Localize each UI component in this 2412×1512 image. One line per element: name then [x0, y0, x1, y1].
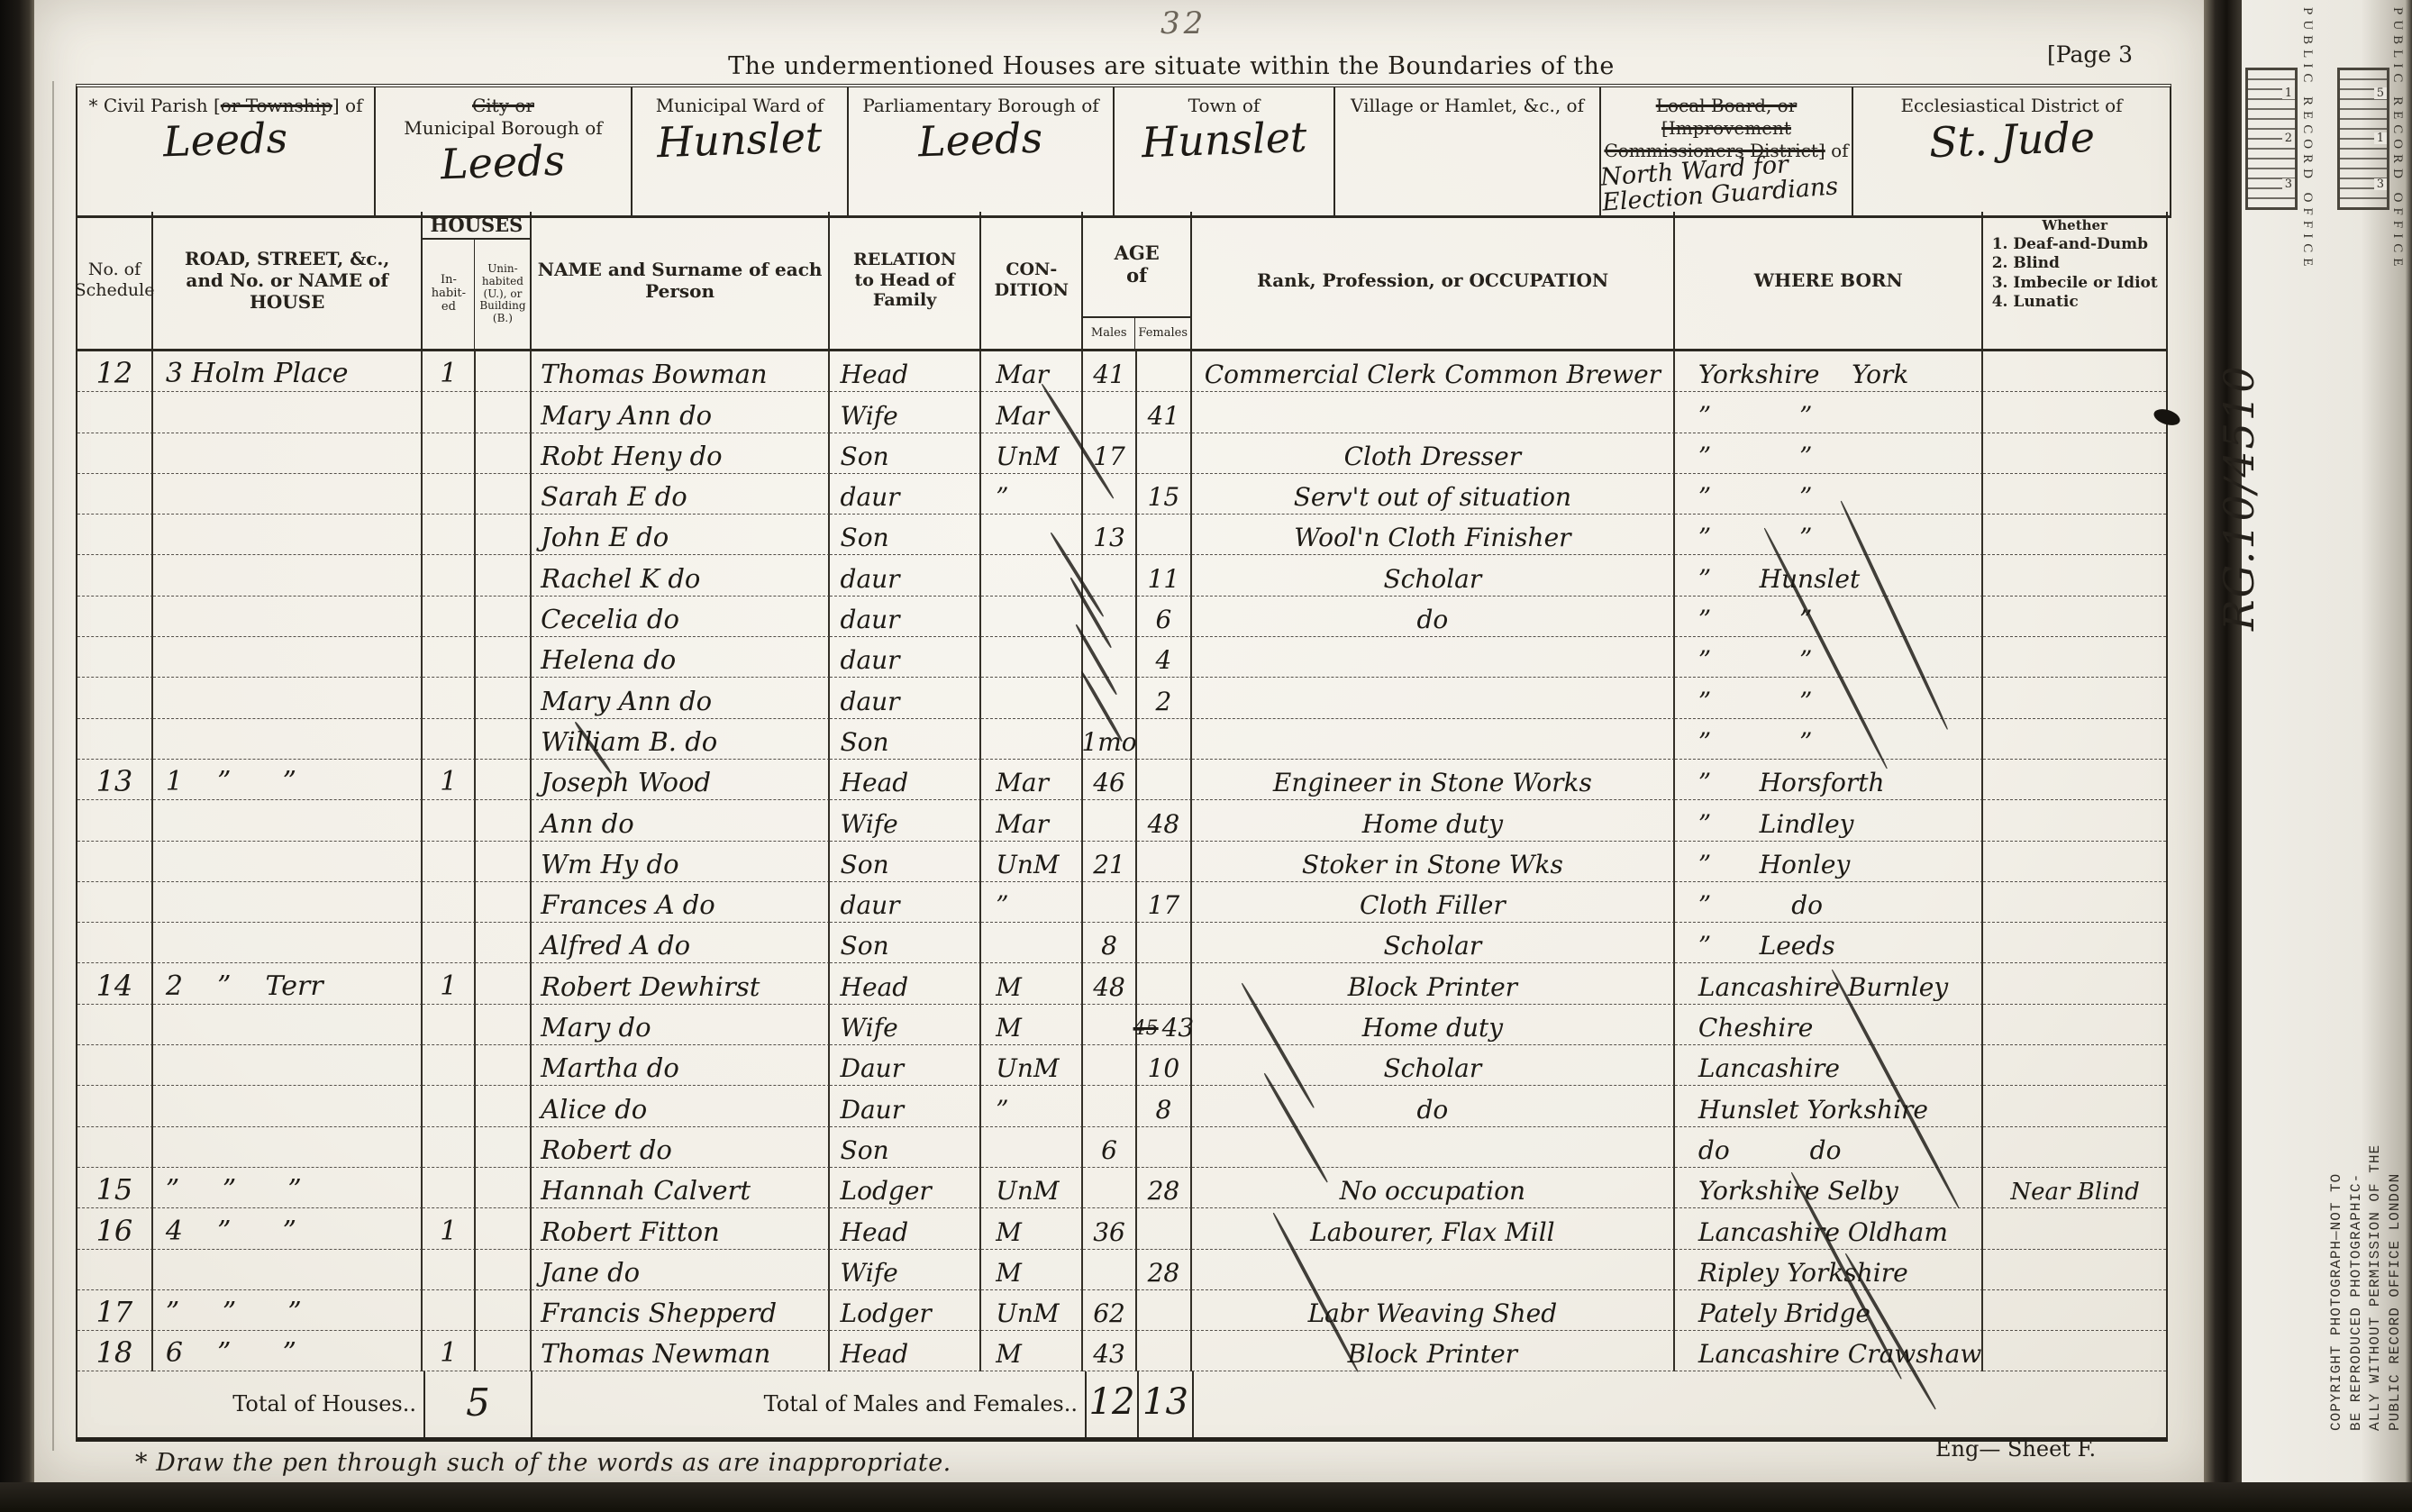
relation-cell: Lodger — [830, 1168, 982, 1208]
uninhabited-cell — [476, 1045, 532, 1086]
occupation-cell — [1192, 392, 1675, 433]
road-cell — [153, 842, 423, 882]
name-cell: Mary Ann do — [532, 678, 829, 718]
road-cell — [153, 597, 423, 637]
inhabited-cell — [423, 842, 476, 882]
scan-edge-bottom — [0, 1482, 2412, 1512]
relation-cell: Son — [830, 433, 982, 474]
schedule-cell — [77, 555, 153, 596]
age-female-cell — [1137, 351, 1192, 392]
col-header-relation: RELATION to Head of Family — [830, 212, 982, 349]
age-female-cell: 41 — [1137, 392, 1192, 433]
schedule-cell — [77, 923, 153, 963]
remarks-cell — [1983, 1250, 2166, 1290]
age-male-cell — [1083, 1045, 1137, 1086]
road-cell — [153, 800, 423, 841]
occupation-cell: do — [1192, 597, 1675, 637]
age-male-cell — [1083, 1250, 1137, 1290]
age-male-cell: 41 — [1083, 351, 1137, 392]
road-cell — [153, 474, 423, 515]
occupation-cell: Labourer, Flax Mill — [1192, 1208, 1675, 1249]
road-cell: 2 ” Terr — [153, 963, 423, 1004]
age-male-cell — [1083, 555, 1137, 596]
record-office-stamp: 123 — [2245, 68, 2298, 210]
uninhabited-cell — [476, 433, 532, 474]
public-record-office-text: PUBLIC RECORD OFFICE — [2389, 7, 2405, 271]
census-row: Alice doDaur”8doHunslet Yorkshire — [77, 1086, 2166, 1126]
name-cell: Ann do — [532, 800, 829, 841]
occupation-cell — [1192, 678, 1675, 718]
age-male-cell — [1083, 800, 1137, 841]
where-born-cell: ” ” — [1675, 515, 1983, 555]
header-box-value: St. Jude — [1928, 116, 2095, 163]
age-male-cell: 46 — [1083, 760, 1137, 800]
census-row: Helena dodaur4” ” — [77, 637, 2166, 678]
census-row: Rachel K dodaur11Scholar” Hunslet — [77, 555, 2166, 596]
relation-cell: Wife — [830, 1005, 982, 1045]
remarks-cell — [1983, 963, 2166, 1004]
occupation-cell: Home duty — [1192, 800, 1675, 841]
uninhabited-cell — [476, 882, 532, 923]
schedule-cell — [77, 882, 153, 923]
condition-cell: ” — [981, 882, 1083, 923]
age-female-cell: 8 — [1137, 1086, 1192, 1126]
condition-cell — [981, 923, 1083, 963]
uninhabited-cell — [476, 555, 532, 596]
relation-cell: Son — [830, 923, 982, 963]
col-header-males: Males — [1083, 318, 1135, 349]
where-born-cell: ” ” — [1675, 719, 1983, 760]
remarks-cell — [1983, 637, 2166, 678]
schedule-cell — [77, 433, 153, 474]
occupation-cell: Commercial Clerk Common Brewer — [1192, 351, 1675, 392]
inhabited-cell — [423, 392, 476, 433]
relation-cell: Head — [830, 760, 982, 800]
condition-cell — [981, 719, 1083, 760]
age-male-cell — [1083, 882, 1137, 923]
col-header-uninhabited: Unin- habited (U.), or Building (B.) — [475, 240, 530, 349]
condition-cell: ” — [981, 1086, 1083, 1126]
uninhabited-cell — [476, 963, 532, 1004]
age-female-cell — [1137, 1290, 1192, 1331]
remarks-cell — [1983, 923, 2166, 963]
age-male-cell: 43 — [1083, 1331, 1137, 1371]
header-box-value: Hunslet — [1141, 116, 1307, 163]
uninhabited-cell — [476, 842, 532, 882]
age-male-cell: 21 — [1083, 842, 1137, 882]
road-cell — [153, 433, 423, 474]
relation-cell: Wife — [830, 392, 982, 433]
remarks-cell — [1983, 800, 2166, 841]
age-male-cell: 13 — [1083, 515, 1137, 555]
col-header-houses: HOUSES In- habit- ed Unin- habited (U.),… — [423, 212, 532, 349]
name-cell: Mary Ann do — [532, 392, 829, 433]
inhabited-cell — [423, 474, 476, 515]
uninhabited-cell — [476, 597, 532, 637]
header-box: Town ofHunslet — [1115, 87, 1335, 215]
condition-cell: Mar — [981, 800, 1083, 841]
uninhabited-cell — [476, 1005, 532, 1045]
inhabited-cell: 1 — [423, 1208, 476, 1249]
age-female-cell — [1137, 515, 1192, 555]
inhabited-cell — [423, 719, 476, 760]
remarks-cell — [1983, 1127, 2166, 1168]
form-footnote: * Draw the pen through such of the words… — [135, 1449, 951, 1477]
census-row: 123 Holm Place1Thomas BowmanHeadMar41Com… — [77, 351, 2166, 392]
relation-cell: Son — [830, 1127, 982, 1168]
census-row: Wm Hy doSonUnM21Stoker in Stone Wks” Hon… — [77, 842, 2166, 882]
occupation-cell: Cloth Filler — [1192, 882, 1675, 923]
occupation-cell: Block Printer — [1192, 963, 1675, 1004]
name-cell: Thomas Newman — [532, 1331, 829, 1371]
census-row: 15” ” ”Hannah CalvertLodgerUnM28No occup… — [77, 1168, 2166, 1208]
inhabited-cell — [423, 1045, 476, 1086]
inhabited-cell — [423, 1005, 476, 1045]
age-female-cell — [1137, 760, 1192, 800]
col-header-age: AGE of Males Females — [1083, 212, 1192, 349]
census-row: Mary Ann doWifeMar41” ” — [77, 392, 2166, 433]
col-header-inhabited: In- habit- ed — [423, 240, 475, 349]
occupation-cell: Engineer in Stone Works — [1192, 760, 1675, 800]
where-born-cell: Lancashire Burnley — [1675, 963, 1983, 1004]
record-office-stamp: 513 — [2337, 68, 2389, 210]
total-females-value: 13 — [1137, 1371, 1194, 1437]
census-row: 164 ” ”1Robert FittonHeadM36Labourer, Fl… — [77, 1208, 2166, 1249]
inhabited-cell — [423, 1127, 476, 1168]
age-female-cell: 4 — [1137, 637, 1192, 678]
road-cell — [153, 555, 423, 596]
census-row: Frances A dodaur”17Cloth Filler” do — [77, 882, 2166, 923]
condition-cell: M — [981, 1250, 1083, 1290]
occupation-cell — [1192, 719, 1675, 760]
uninhabited-cell — [476, 515, 532, 555]
road-cell — [153, 678, 423, 718]
total-males-value: 12 — [1085, 1371, 1139, 1437]
age-female-cell: 4543 — [1137, 1005, 1192, 1045]
age-female-cell — [1137, 719, 1192, 760]
relation-cell: Lodger — [830, 1290, 982, 1331]
road-cell: 6 ” ” — [153, 1331, 423, 1371]
road-cell — [153, 392, 423, 433]
occupation-cell: do — [1192, 1086, 1675, 1126]
remarks-cell — [1983, 1290, 2166, 1331]
header-box-label: * Civil Parish [or Township] of — [89, 87, 363, 117]
age-female-cell: 10 — [1137, 1045, 1192, 1086]
where-born-cell: Yorkshire Selby — [1675, 1168, 1983, 1208]
age-male-cell: 62 — [1083, 1290, 1137, 1331]
age-female-cell: 17 — [1137, 882, 1192, 923]
inhabited-cell — [423, 597, 476, 637]
col-header-disabilities: Whether 1. Deaf-and-Dumb 2. Blind 3. Imb… — [1983, 212, 2166, 349]
total-houses-label: Total of Houses.. — [77, 1391, 416, 1416]
remarks-cell — [1983, 1208, 2166, 1249]
uninhabited-cell — [476, 800, 532, 841]
name-cell: Robt Heny do — [532, 433, 829, 474]
age-female-cell — [1137, 433, 1192, 474]
remarks-cell — [1983, 474, 2166, 515]
uninhabited-cell — [476, 760, 532, 800]
age-female-cell — [1137, 1331, 1192, 1371]
age-female-cell: 2 — [1137, 678, 1192, 718]
condition-cell: M — [981, 963, 1083, 1004]
relation-cell: Head — [830, 351, 982, 392]
where-born-cell: ” ” — [1675, 678, 1983, 718]
census-row: Cecelia dodaur6do” ” — [77, 597, 2166, 637]
col-header-road: ROAD, STREET, &c., and No. or NAME of HO… — [153, 212, 423, 349]
age-female-cell: 48 — [1137, 800, 1192, 841]
census-row: Sarah E dodaur”15Serv't out of situation… — [77, 474, 2166, 515]
occupation-cell: Scholar — [1192, 555, 1675, 596]
pencil-folio-number: 32 — [1160, 5, 1206, 41]
inhabited-cell — [423, 882, 476, 923]
census-row: 131 ” ”1Joseph WoodHeadMar46Engineer in … — [77, 760, 2166, 800]
relation-cell: Daur — [830, 1045, 982, 1086]
occupation-cell — [1192, 1250, 1675, 1290]
occupation-cell: Wool'n Cloth Finisher — [1192, 515, 1675, 555]
relation-cell: Son — [830, 842, 982, 882]
schedule-cell — [77, 1127, 153, 1168]
census-row: 186 ” ”1Thomas NewmanHeadM43Block Printe… — [77, 1331, 2166, 1371]
page-number-label: [Page 3 — [2047, 41, 2133, 68]
inhabited-cell — [423, 637, 476, 678]
name-cell: Wm Hy do — [532, 842, 829, 882]
where-born-cell: ” ” — [1675, 392, 1983, 433]
condition-cell — [981, 1127, 1083, 1168]
where-born-cell: do do — [1675, 1127, 1983, 1168]
name-cell: John E do — [532, 515, 829, 555]
schedule-cell — [77, 800, 153, 841]
census-table-body: 123 Holm Place1Thomas BowmanHeadMar41Com… — [76, 351, 2168, 1371]
col-header-condition: CON- DITION — [981, 212, 1083, 349]
where-born-cell: Lancashire Crawshaw — [1675, 1331, 1983, 1371]
schedule-cell — [77, 637, 153, 678]
where-born-cell: Hunslet Yorkshire — [1675, 1086, 1983, 1126]
relation-cell: daur — [830, 474, 982, 515]
remarks-cell — [1983, 515, 2166, 555]
schedule-cell — [77, 1005, 153, 1045]
where-born-cell: ” Lindley — [1675, 800, 1983, 841]
name-cell: Mary do — [532, 1005, 829, 1045]
header-box-label: City orMunicipal Borough of — [404, 87, 602, 140]
uninhabited-cell — [476, 1331, 532, 1371]
name-cell: Frances A do — [532, 882, 829, 923]
relation-cell: daur — [830, 637, 982, 678]
census-row: Robert doSon6do do — [77, 1127, 2166, 1168]
uninhabited-cell — [476, 1208, 532, 1249]
where-born-cell: Yorkshire York — [1675, 351, 1983, 392]
census-row: Alfred A doSon8Scholar” Leeds — [77, 923, 2166, 963]
relation-cell: Son — [830, 719, 982, 760]
schedule-cell — [77, 1086, 153, 1126]
condition-cell: ” — [981, 474, 1083, 515]
inhabited-cell — [423, 1168, 476, 1208]
schedule-cell: 15 — [77, 1168, 153, 1208]
census-row: John E doSon13Wool'n Cloth Finisher” ” — [77, 515, 2166, 555]
uninhabited-cell — [476, 678, 532, 718]
header-box: Municipal Ward ofHunslet — [633, 87, 849, 215]
road-cell — [153, 1086, 423, 1126]
header-box-label: Town of — [1188, 87, 1261, 117]
occupation-cell: Scholar — [1192, 923, 1675, 963]
inhabited-cell: 1 — [423, 963, 476, 1004]
occupation-cell: Block Printer — [1192, 1331, 1675, 1371]
remarks-cell — [1983, 351, 2166, 392]
age-male-cell: 48 — [1083, 963, 1137, 1004]
where-born-cell: Pately Bridge — [1675, 1290, 1983, 1331]
uninhabited-cell — [476, 392, 532, 433]
condition-cell: UnM — [981, 1168, 1083, 1208]
book-gutter — [0, 0, 34, 1512]
header-box: Ecclesiastical District ofSt. Jude — [1853, 87, 2170, 215]
road-cell — [153, 637, 423, 678]
inhabited-cell: 1 — [423, 351, 476, 392]
inhabited-cell — [423, 515, 476, 555]
name-cell: Cecelia do — [532, 597, 829, 637]
name-cell: Robert Fitton — [532, 1208, 829, 1249]
occupation-cell: Stoker in Stone Wks — [1192, 842, 1675, 882]
relation-cell: daur — [830, 882, 982, 923]
condition-cell — [981, 678, 1083, 718]
age-female-cell — [1137, 923, 1192, 963]
where-born-cell: ” ” — [1675, 474, 1983, 515]
condition-cell — [981, 637, 1083, 678]
road-cell — [153, 719, 423, 760]
col-header-occupation: Rank, Profession, or OCCUPATION — [1192, 212, 1675, 349]
name-cell: Joseph Wood — [532, 760, 829, 800]
uninhabited-cell — [476, 1250, 532, 1290]
relation-cell: daur — [830, 678, 982, 718]
name-cell: Rachel K do — [532, 555, 829, 596]
inhabited-cell — [423, 1086, 476, 1126]
remarks-cell: Near Blind — [1983, 1168, 2166, 1208]
name-cell: Jane do — [532, 1250, 829, 1290]
relation-cell: Wife — [830, 800, 982, 841]
uninhabited-cell — [476, 351, 532, 392]
where-born-cell: ” ” — [1675, 597, 1983, 637]
road-cell — [153, 1005, 423, 1045]
schedule-cell: 13 — [77, 760, 153, 800]
header-box: Local Board, or [ImprovementCommissioner… — [1601, 87, 1853, 215]
road-cell: 1 ” ” — [153, 760, 423, 800]
schedule-cell: 12 — [77, 351, 153, 392]
relation-cell: Daur — [830, 1086, 982, 1126]
relation-cell: Head — [830, 1331, 982, 1371]
header-box-value: Leeds — [441, 140, 567, 186]
sheet-label: Eng— Sheet F. — [1935, 1436, 2096, 1462]
schedule-cell — [77, 1045, 153, 1086]
road-cell: ” ” ” — [153, 1290, 423, 1331]
header-box-label: Village or Hamlet, &c., of — [1351, 87, 1584, 117]
col-header-name: NAME and Surname of each Person — [532, 212, 829, 349]
condition-cell: M — [981, 1005, 1083, 1045]
header-box-label: Parliamentary Borough of — [862, 87, 1098, 117]
form-title: The undermentioned Houses are situate wi… — [586, 52, 1757, 80]
where-born-cell: Ripley Yorkshire — [1675, 1250, 1983, 1290]
uninhabited-cell — [476, 637, 532, 678]
inhabited-cell — [423, 800, 476, 841]
remarks-cell — [1983, 882, 2166, 923]
inhabited-cell: 1 — [423, 1331, 476, 1371]
header-box: Village or Hamlet, &c., of — [1335, 87, 1601, 215]
header-box-value: Hunslet — [657, 116, 824, 163]
where-born-cell: ” Hunslet — [1675, 555, 1983, 596]
road-cell — [153, 1127, 423, 1168]
relation-cell: daur — [830, 597, 982, 637]
uninhabited-cell — [476, 923, 532, 963]
age-male-cell: 6 — [1083, 1127, 1137, 1168]
header-box: City orMunicipal Borough ofLeeds — [376, 87, 633, 215]
public-record-office-text: PUBLIC RECORD OFFICE — [2299, 7, 2315, 271]
condition-cell: UnM — [981, 433, 1083, 474]
relation-cell: Head — [830, 963, 982, 1004]
occupation-cell: Serv't out of situation — [1192, 474, 1675, 515]
schedule-cell — [77, 678, 153, 718]
census-row: Robt Heny doSonUnM17Cloth Dresser” ” — [77, 433, 2166, 474]
uninhabited-cell — [476, 1168, 532, 1208]
condition-cell: UnM — [981, 1290, 1083, 1331]
page-edge — [2204, 0, 2242, 1482]
uninhabited-cell — [476, 1086, 532, 1126]
census-row: 142 ” Terr1Robert DewhirstHeadM48Block P… — [77, 963, 2166, 1004]
schedule-cell — [77, 597, 153, 637]
uninhabited-cell — [476, 1290, 532, 1331]
road-cell — [153, 923, 423, 963]
schedule-cell — [77, 1250, 153, 1290]
inhabited-cell — [423, 1250, 476, 1290]
census-row: 17” ” ”Francis ShepperdLodgerUnM62Labr W… — [77, 1290, 2166, 1331]
name-cell: Alice do — [532, 1086, 829, 1126]
relation-cell: daur — [830, 555, 982, 596]
where-born-cell: ” Leeds — [1675, 923, 1983, 963]
remarks-cell — [1983, 392, 2166, 433]
schedule-cell — [77, 515, 153, 555]
schedule-cell — [77, 392, 153, 433]
age-female-cell — [1137, 1127, 1192, 1168]
condition-cell: M — [981, 1208, 1083, 1249]
census-page: 32 The undermentioned Houses are situate… — [0, 0, 2412, 1512]
header-box-value: Leeds — [163, 117, 289, 163]
total-males-females-label: Total of Males and Females.. — [532, 1391, 1083, 1416]
road-cell — [153, 882, 423, 923]
remarks-cell — [1983, 597, 2166, 637]
uninhabited-cell — [476, 1127, 532, 1168]
where-born-cell: ” Honley — [1675, 842, 1983, 882]
uninhabited-cell — [476, 474, 532, 515]
archive-reference: RG.10/4510 — [2215, 324, 2283, 631]
age-female-cell: 15 — [1137, 474, 1192, 515]
where-born-cell: Lancashire — [1675, 1045, 1983, 1086]
remarks-cell — [1983, 1045, 2166, 1086]
header-box: * Civil Parish [or Township] ofLeeds — [77, 87, 376, 215]
col-header-females: Females — [1135, 318, 1190, 349]
schedule-cell — [77, 474, 153, 515]
condition-cell — [981, 515, 1083, 555]
total-houses-value: 5 — [423, 1371, 532, 1437]
occupation-cell: No occupation — [1192, 1168, 1675, 1208]
age-female-cell: 28 — [1137, 1168, 1192, 1208]
header-box-value: Leeds — [918, 117, 1044, 163]
name-cell: Martha do — [532, 1045, 829, 1086]
age-male-cell: 36 — [1083, 1208, 1137, 1249]
occupation-cell — [1192, 1127, 1675, 1168]
age-male-cell — [1083, 1086, 1137, 1126]
inhabited-cell — [423, 555, 476, 596]
totals-row: Total of Houses.. 5 Total of Males and F… — [76, 1371, 2168, 1442]
remarks-cell — [1983, 842, 2166, 882]
schedule-cell — [77, 842, 153, 882]
table-header: No. of Schedule ROAD, STREET, &c., and N… — [76, 212, 2168, 351]
age-female-cell — [1137, 1208, 1192, 1249]
